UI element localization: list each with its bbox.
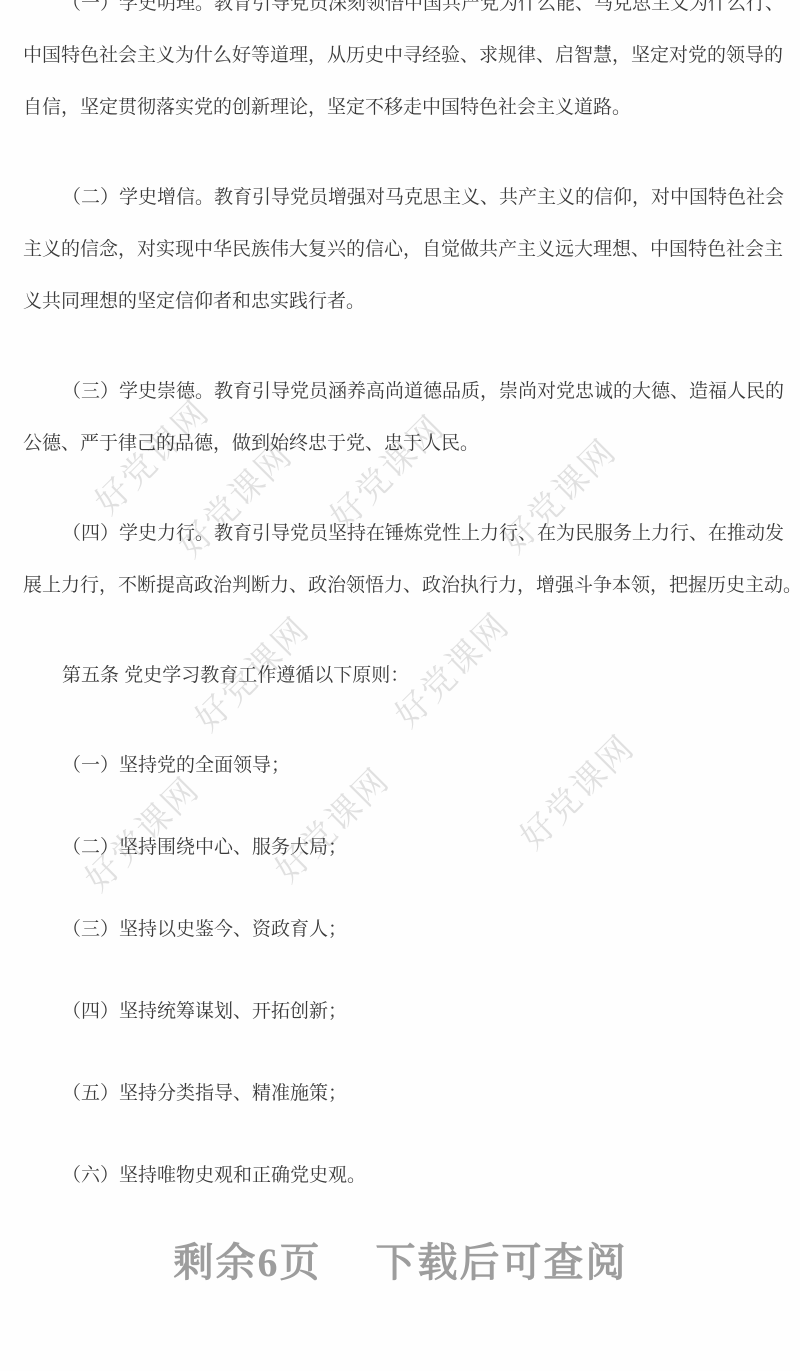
footer-note: 剩余6页下载后可查阅 (23, 1240, 778, 1286)
remaining-pages-label: 剩余6页 (174, 1240, 322, 1286)
heading: 第五条 党史学习教育工作遵循以下原则： (23, 650, 778, 702)
text-line: （四）坚持统筹谋划、开拓创新； (23, 986, 778, 1038)
paragraph: （四）学史力行。教育引导党员坚持在锤炼党性上力行、在为民服务上力行、在推动发展上… (23, 508, 778, 612)
paragraph: （一）学史明理。教育引导党员深刻领悟中国共产党为什么能、马克思主义为什么行、中国… (23, 0, 778, 134)
text-line: 义共同理想的坚定信仰者和忠实践行者。 (23, 276, 778, 328)
text-line: （三）坚持以史鉴今、资政育人； (23, 904, 778, 956)
text-line: （四）学史力行。教育引导党员坚持在锤炼党性上力行、在为民服务上力行、在推动发 (23, 508, 778, 560)
list-item: （五）坚持分类指导、精准施策； (23, 1068, 778, 1120)
text-line: （三）学史崇德。教育引导党员涵养高尚道德品质，崇尚对党忠诚的大德、造福人民的 (23, 366, 778, 418)
text-line: （二）坚持围绕中心、服务大局； (23, 822, 778, 874)
document-page: （一）学史明理。教育引导党员深刻领悟中国共产党为什么能、马克思主义为什么行、中国… (0, 0, 800, 1286)
list-item: （三）坚持以史鉴今、资政育人； (23, 904, 778, 956)
text-line: （一）坚持党的全面领导； (23, 740, 778, 792)
text-line: （二）学史增信。教育引导党员增强对马克思主义、共产主义的信仰，对中国特色社会 (23, 172, 778, 224)
text-line: 中国特色社会主义为什么好等道理，从历史中寻经验、求规律、启智慧，坚定对党的领导的 (23, 30, 778, 82)
text-line: 自信，坚定贯彻落实党的创新理论，坚定不移走中国特色社会主义道路。 (23, 82, 778, 134)
document-body: （一）学史明理。教育引导党员深刻领悟中国共产党为什么能、马克思主义为什么行、中国… (23, 0, 778, 1202)
list-item: （六）坚持唯物史观和正确党史观。 (23, 1150, 778, 1202)
list-item: （一）坚持党的全面领导； (23, 740, 778, 792)
paragraph: （三）学史崇德。教育引导党员涵养高尚道德品质，崇尚对党忠诚的大德、造福人民的公德… (23, 366, 778, 470)
download-hint-label: 下载后可查阅 (376, 1240, 628, 1286)
paragraph: （二）学史增信。教育引导党员增强对马克思主义、共产主义的信仰，对中国特色社会主义… (23, 172, 778, 328)
list-item: （二）坚持围绕中心、服务大局； (23, 822, 778, 874)
text-line: （一）学史明理。教育引导党员深刻领悟中国共产党为什么能、马克思主义为什么行、 (23, 0, 778, 30)
list-item: （四）坚持统筹谋划、开拓创新； (23, 986, 778, 1038)
text-line: 公德、严于律己的品德，做到始终忠于党、忠于人民。 (23, 418, 778, 470)
text-line: 主义的信念，对实现中华民族伟大复兴的信心，自觉做共产主义远大理想、中国特色社会主 (23, 224, 778, 276)
text-line: 展上力行，不断提高政治判断力、政治领悟力、政治执行力，增强斗争本领，把握历史主动… (23, 560, 778, 612)
text-line: （六）坚持唯物史观和正确党史观。 (23, 1150, 778, 1202)
text-line: 第五条 党史学习教育工作遵循以下原则： (23, 650, 778, 702)
text-line: （五）坚持分类指导、精准施策； (23, 1068, 778, 1120)
